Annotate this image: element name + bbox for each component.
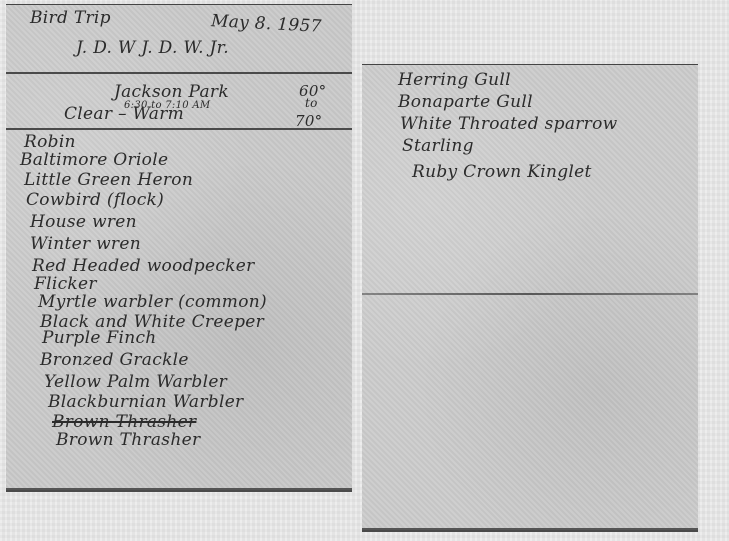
trip-weather: Clear – Warm	[64, 104, 184, 124]
temperature-separator: to	[305, 96, 318, 110]
observer-initials: J. D. W J. D. W. Jr.	[76, 38, 229, 58]
bird-entry: Purple Finch	[42, 328, 157, 348]
conditions-divider	[6, 128, 352, 130]
bird-entry: Yellow Palm Warbler	[44, 372, 227, 392]
right-notebook-page: Herring GullBonaparte GullWhite Throated…	[362, 64, 698, 532]
bird-entry: Herring Gull	[398, 70, 511, 90]
bird-entry: Robin	[24, 132, 76, 152]
bird-entry: Myrtle warbler (common)	[38, 292, 267, 312]
bird-entry: Winter wren	[30, 234, 141, 254]
bird-entry: Blackburnian Warbler	[48, 392, 243, 412]
trip-title: Bird Trip	[30, 8, 111, 28]
bird-entry: Ruby Crown Kinglet	[412, 162, 592, 182]
bird-entry-crossed-out: Brown Thrasher	[52, 412, 196, 432]
bird-entry: Little Green Heron	[24, 170, 193, 190]
left-notebook-page: Bird Trip May 8. 1957 J. D. W J. D. W. J…	[6, 4, 352, 492]
bird-entry: Bronzed Grackle	[40, 350, 189, 370]
bird-entry: Starling	[402, 136, 474, 156]
bird-entry: Baltimore Oriole	[20, 150, 168, 170]
bird-entry: Flicker	[34, 274, 97, 294]
trip-location: Jackson Park	[114, 82, 229, 102]
trip-date: May 8. 1957	[211, 11, 323, 37]
page-fold-crease	[362, 293, 698, 295]
bird-entry: Red Headed woodpecker	[32, 256, 255, 276]
bird-entry: White Throated sparrow	[400, 114, 618, 134]
bird-entry: Cowbird (flock)	[26, 190, 164, 210]
trip-header: Bird Trip May 8. 1957 J. D. W J. D. W. J…	[6, 4, 352, 70]
header-divider	[6, 72, 352, 74]
bird-entry: Brown Thrasher	[56, 430, 200, 450]
bird-entry: House wren	[30, 212, 137, 232]
bird-entry: Bonaparte Gull	[398, 92, 533, 112]
